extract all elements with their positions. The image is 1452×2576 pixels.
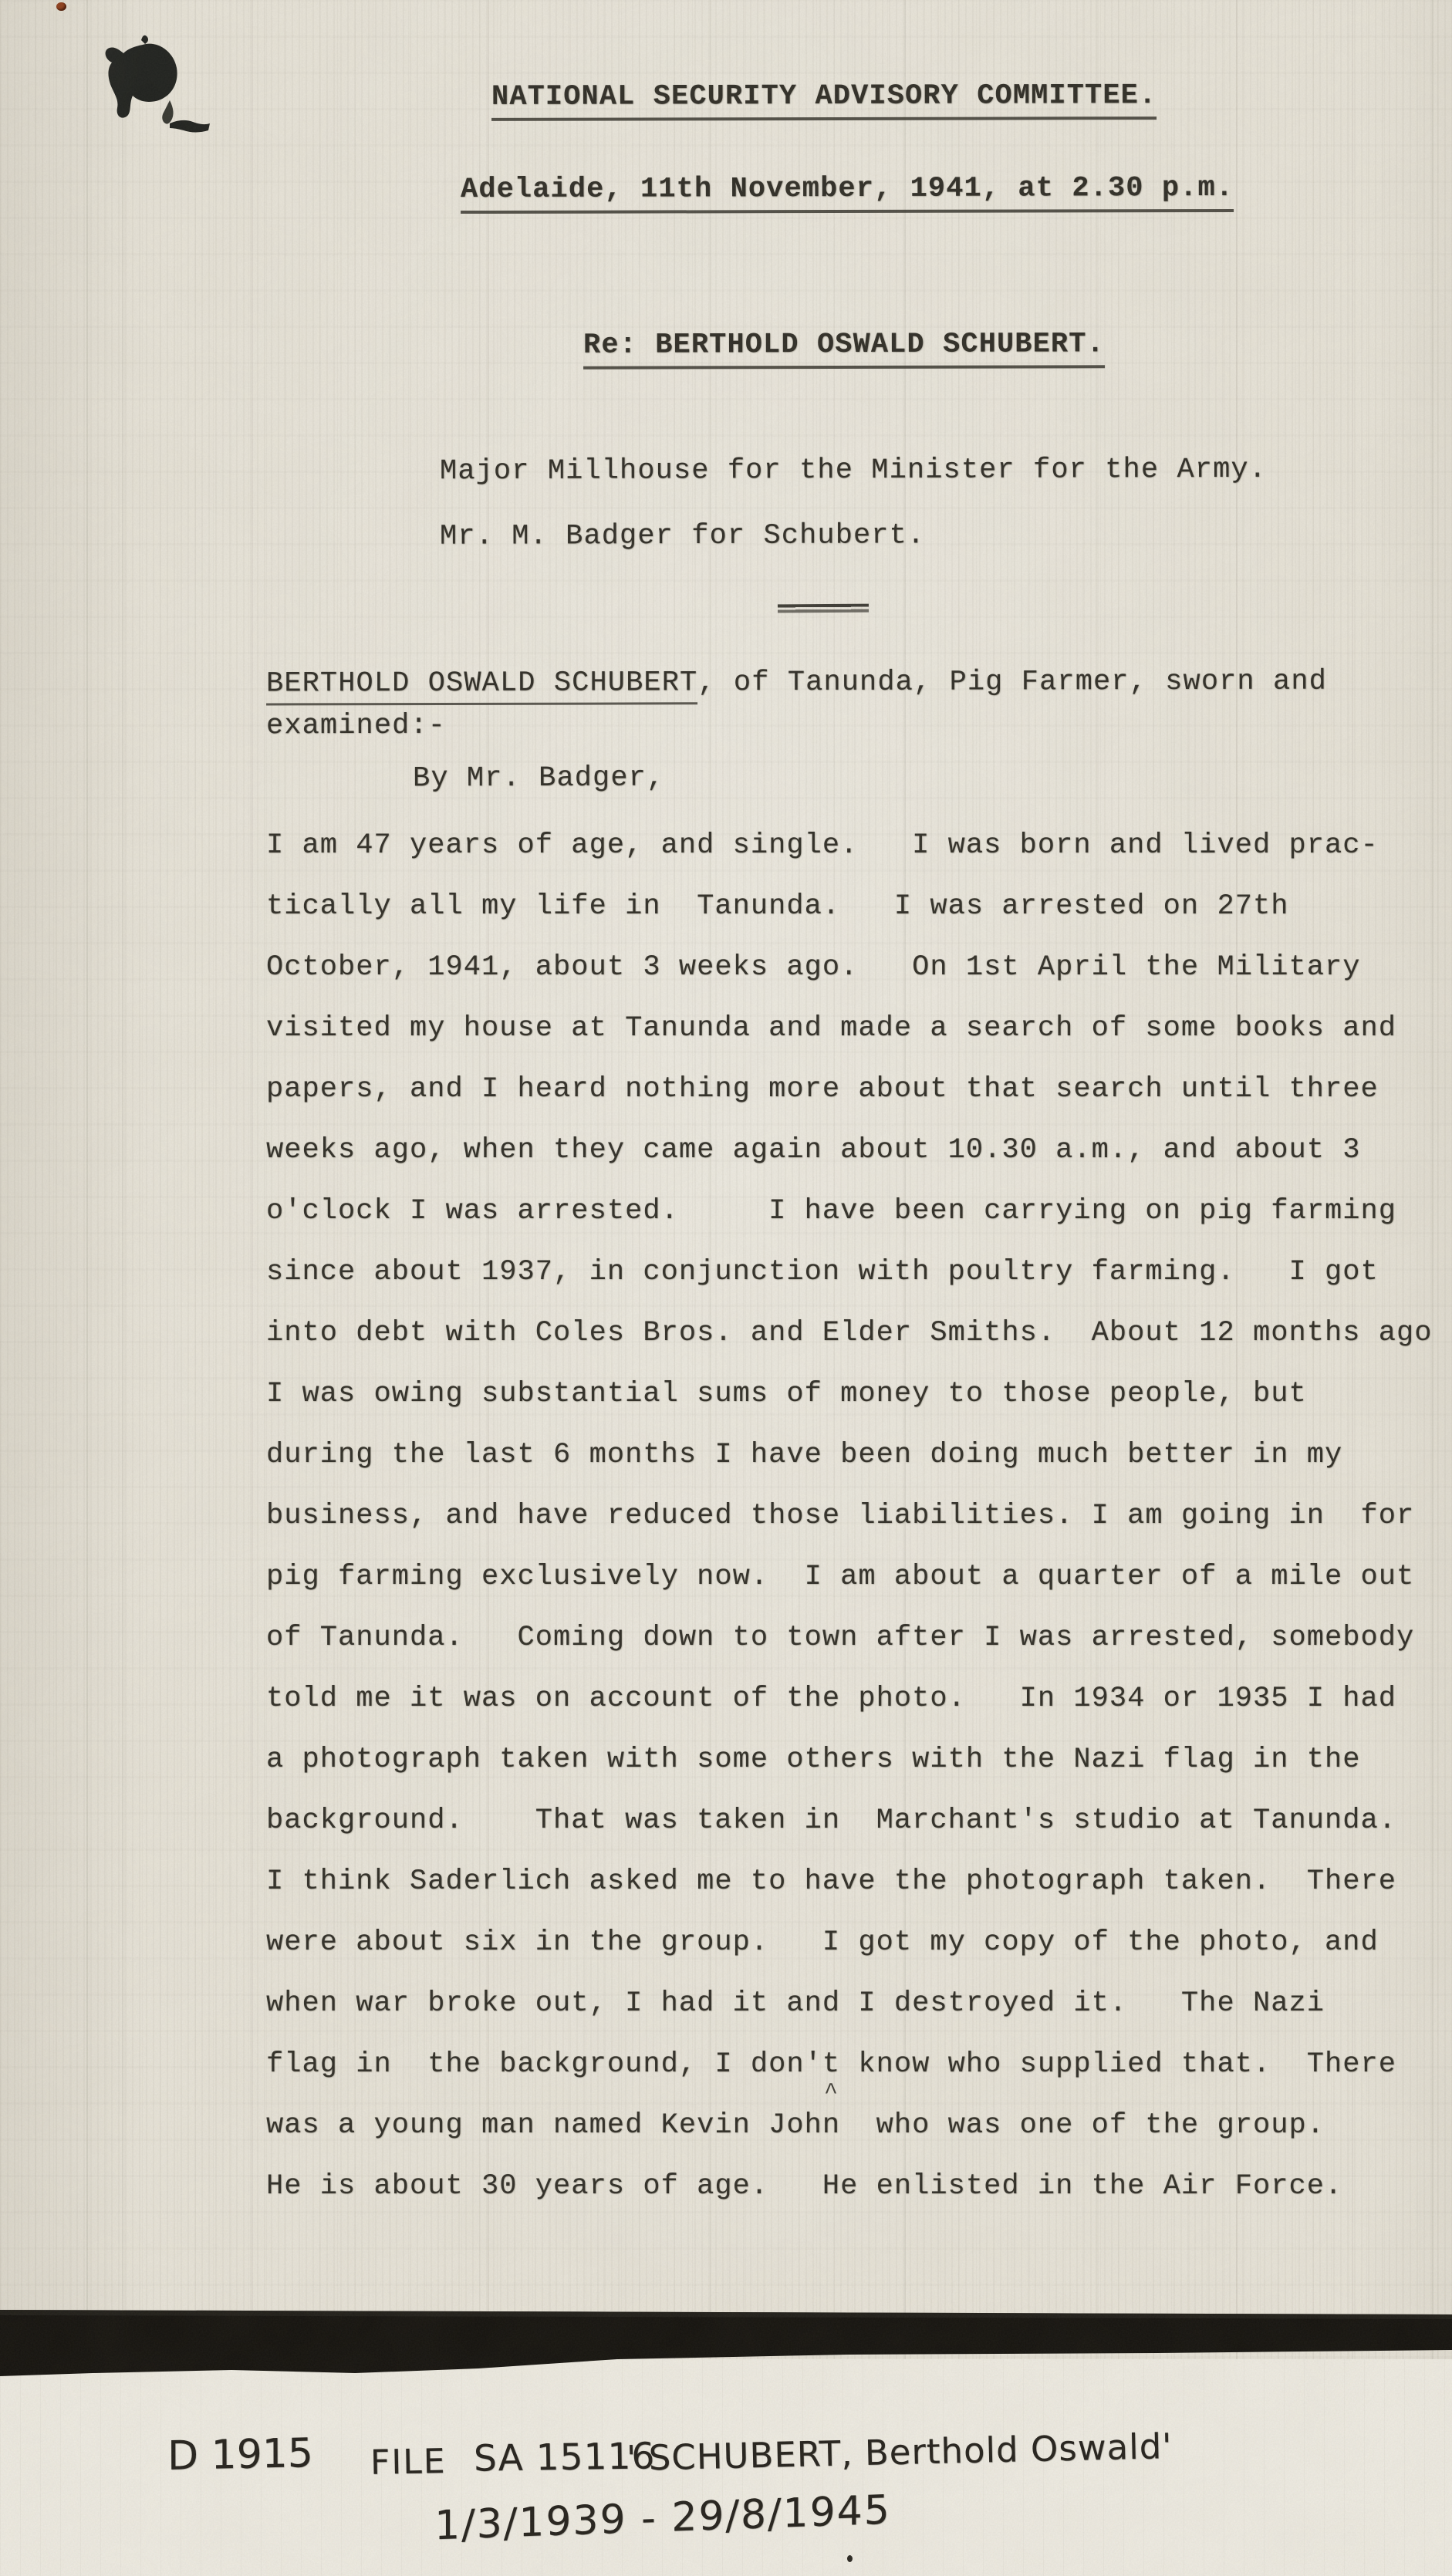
testimony-line: tically all my life in Tanunda. I was ar…: [266, 876, 1447, 937]
handwritten-file-label: FILE: [370, 2442, 447, 2483]
witness-name: BERTHOLD OSWALD SCHUBERT: [266, 667, 697, 705]
examined-line: examined:-: [266, 710, 446, 742]
testimony-line: when war broke out, I had it and I destr…: [266, 1973, 1447, 2034]
session-line-text: Adelaide, 11th November, 1941, at 2.30 p…: [461, 172, 1234, 214]
document-page: NATIONAL SECURITY ADVISORY COMMITTEE. Ad…: [0, 0, 1452, 2576]
testimony-line: He is about 30 years of age. He enlisted…: [266, 2156, 1447, 2217]
testimony-line: I think Saderlich asked me to have the p…: [266, 1852, 1447, 1913]
testimony-line: since about 1937, in conjunction with po…: [266, 1242, 1447, 1303]
appearance-defence: Mr. M. Badger for Schubert.: [440, 519, 925, 552]
testimony-line: were about six in the group. I got my co…: [266, 1913, 1447, 1973]
testimony-line: flag in the background, I don't know who…: [266, 2034, 1447, 2095]
testimony-line: o'clock I was arrested. I have been carr…: [266, 1181, 1447, 1242]
scan-vertical-lines: [86, 0, 88, 2576]
testimony-line: business, and have reduced those liabili…: [266, 1486, 1447, 1547]
witness-intro-line: BERTHOLD OSWALD SCHUBERT, of Tanunda, Pi…: [266, 666, 1327, 701]
testimony-line: during the last 6 months I have been doi…: [266, 1425, 1447, 1486]
committee-title-text: NATIONAL SECURITY ADVISORY COMMITTEE.: [491, 79, 1157, 121]
testimony-line: told me it was on account of the photo. …: [266, 1669, 1447, 1730]
testimony-line: weeks ago, when they came again about 10…: [266, 1120, 1447, 1181]
pen-dot: [847, 2555, 853, 2562]
session-line: Adelaide, 11th November, 1941, at 2.30 p…: [461, 172, 1234, 206]
testimony-line: I was owing substantial sums of money to…: [266, 1364, 1447, 1425]
testimony-line: visited my house at Tanunda and made a s…: [266, 998, 1447, 1059]
re-line-text: Re: BERTHOLD OSWALD SCHUBERT.: [583, 328, 1105, 369]
examiner-line: By Mr. Badger,: [413, 762, 664, 795]
testimony-line: I am 47 years of age, and single. I was …: [266, 815, 1447, 876]
handwritten-ref: D 1915: [167, 2430, 313, 2480]
separator-dash: [778, 604, 869, 613]
testimony-line: into debt with Coles Bros. and Elder Smi…: [266, 1303, 1447, 1364]
testimony-line: pig farming exclusively now. I am about …: [266, 1547, 1447, 1608]
testimony-line: papers, and I heard nothing more about t…: [266, 1059, 1447, 1120]
rust-speck: [56, 2, 66, 11]
testimony-body: I am 47 years of age, and single. I was …: [266, 815, 1447, 2217]
testimony-line: a photograph taken with some others with…: [266, 1730, 1447, 1791]
committee-title: NATIONAL SECURITY ADVISORY COMMITTEE.: [491, 79, 1157, 113]
re-line: Re: BERTHOLD OSWALD SCHUBERT.: [583, 328, 1105, 361]
witness-description: , of Tanunda, Pig Farmer, sworn and: [697, 666, 1327, 700]
testimony-line: was a young man named Kevin John who was…: [266, 2095, 1447, 2156]
testimony-line: of Tanunda. Coming down to town after I …: [266, 1608, 1447, 1669]
testimony-line: October, 1941, about 3 weeks ago. On 1st…: [266, 937, 1447, 998]
appearance-army: Major Millhouse for the Minister for the…: [440, 454, 1267, 488]
insertion-caret: ^: [824, 2080, 838, 2106]
testimony-line: background. That was taken in Marchant's…: [266, 1791, 1447, 1852]
ink-blot: [77, 23, 324, 193]
